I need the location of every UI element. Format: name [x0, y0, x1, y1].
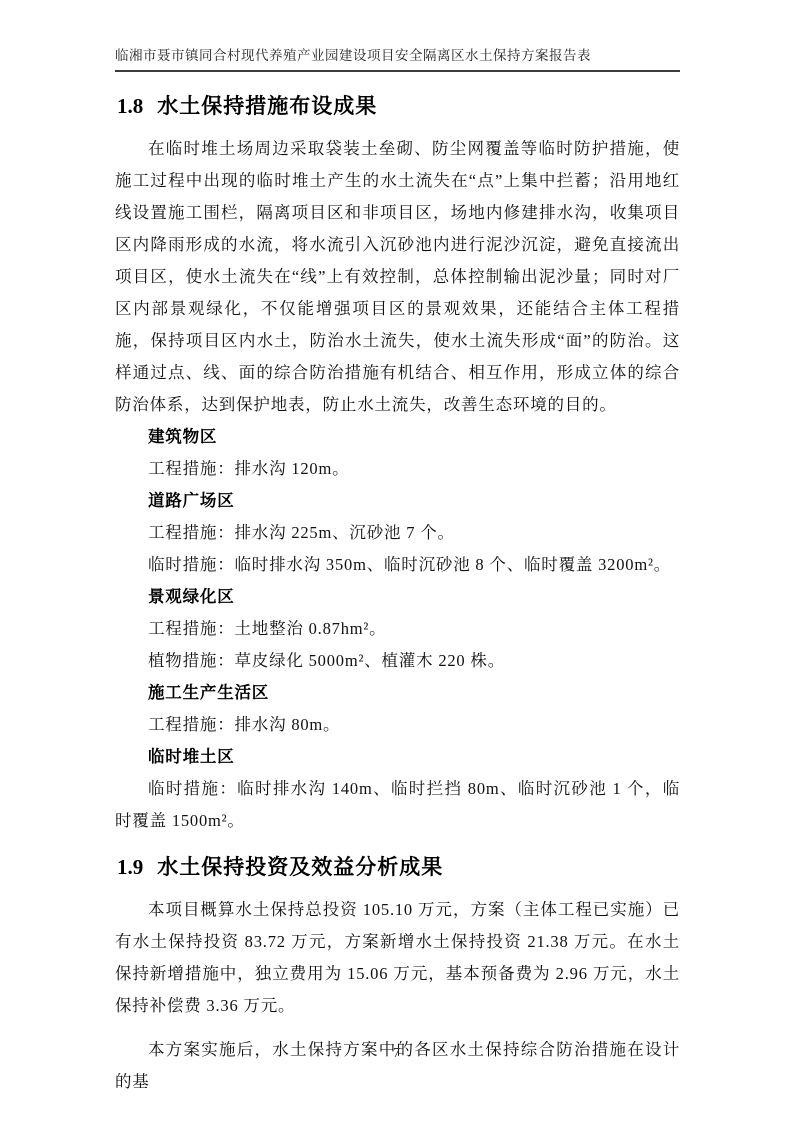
- section-heading-1-9: 1.9水土保持投资及效益分析成果: [117, 853, 680, 882]
- zone-heading: 建筑物区: [115, 421, 680, 453]
- section-1-9-paragraph-1: 本项目概算水土保持总投资 105.10 万元，方案（主体工程已实施）已有水土保持…: [115, 894, 680, 1022]
- document-page: 临湘市聂市镇同合村现代养殖产业园建设项目安全隔离区水土保持方案报告表 1.8水土…: [0, 0, 793, 1122]
- zone-measure: 工程措施：排水沟 120m。: [115, 453, 680, 485]
- section-title: 水土保持措施布设成果: [157, 95, 377, 118]
- page-number: 7: [0, 1046, 793, 1062]
- running-header-title: 临湘市聂市镇同合村现代养殖产业园建设项目安全隔离区水土保持方案报告表: [115, 48, 591, 63]
- zone-measure: 临时措施：临时排水沟 140m、临时拦挡 80m、临时沉砂池 1 个，临时覆盖 …: [115, 773, 680, 837]
- section-title: 水土保持投资及效益分析成果: [157, 856, 443, 879]
- section-number: 1.8: [117, 94, 143, 118]
- zone-measure: 工程措施：土地整治 0.87hm²。: [115, 613, 680, 645]
- section-1-8-intro-paragraph: 在临时堆土场周边采取袋装土垒砌、防尘网覆盖等临时防护措施，使施工过程中出现的临时…: [115, 133, 680, 421]
- zone-heading: 施工生产生活区: [115, 677, 680, 709]
- running-header: 临湘市聂市镇同合村现代养殖产业园建设项目安全隔离区水土保持方案报告表: [115, 46, 680, 72]
- zone-heading: 临时堆土区: [115, 741, 680, 773]
- zone-measure: 临时措施：临时排水沟 350m、临时沉砂池 8 个、临时覆盖 3200m²。: [115, 549, 680, 581]
- section-number: 1.9: [117, 855, 143, 879]
- zone-measure: 工程措施：排水沟 225m、沉砂池 7 个。: [115, 517, 680, 549]
- zone-heading: 景观绿化区: [115, 581, 680, 613]
- section-heading-1-8: 1.8水土保持措施布设成果: [117, 92, 680, 121]
- section-1-9-paragraph-2: 本方案实施后，水土保持方案中的各区水土保持综合防治措施在设计的基: [115, 1034, 680, 1098]
- zone-measure: 植物措施：草皮绿化 5000m²、植灌木 220 株。: [115, 645, 680, 677]
- zone-heading: 道路广场区: [115, 485, 680, 517]
- zone-measures-list: 建筑物区 工程措施：排水沟 120m。 道路广场区 工程措施：排水沟 225m、…: [115, 421, 680, 837]
- zone-measure: 工程措施：排水沟 80m。: [115, 709, 680, 741]
